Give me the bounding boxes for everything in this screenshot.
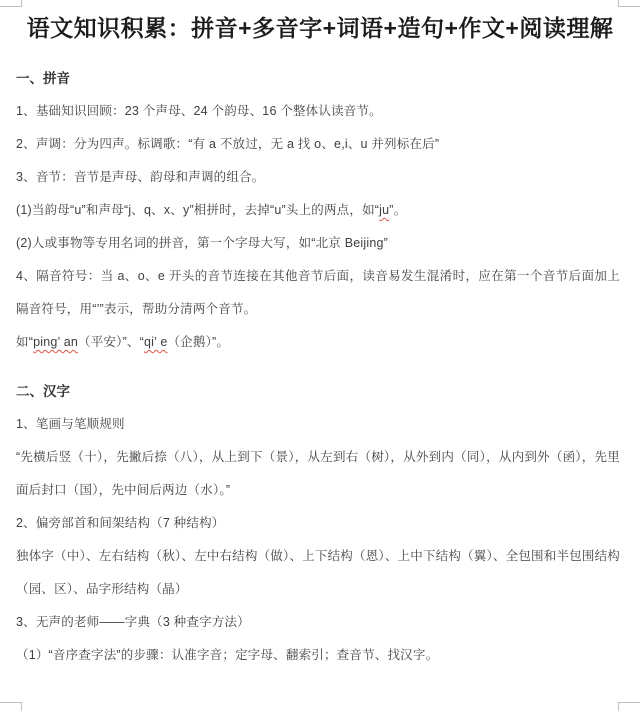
paragraph-text: 1、基础知识回顾：23 个声母、24 个韵母、16 个整体认读音节。 (16, 104, 382, 118)
spellcheck-underlined-text: ping’ an (33, 335, 78, 349)
paragraph: 2、偏旁部首和间架结构（7 种结构） (0, 507, 640, 540)
paragraph: 3、音节：音节是声母、韵母和声调的组合。 (0, 161, 640, 194)
paragraph-text: 3、无声的老师——字典（3 种查字方法） (16, 615, 250, 629)
paragraph-text: 4、隔音符号：当 a、o、e 开头的音节连接在其他音节后面，读音易发生混淆时，应… (16, 269, 620, 316)
section-pinyin-paragraphs: 1、基础知识回顾：23 个声母、24 个韵母、16 个整体认读音节。2、声调：分… (0, 95, 640, 359)
paragraph: 1、基础知识回顾：23 个声母、24 个韵母、16 个整体认读音节。 (0, 95, 640, 128)
paragraph-text: 如“ (16, 335, 33, 349)
paragraph-text: (2)人或事物等专用名词的拼音，第一个字母大写，如“北京 Beijing” (16, 236, 388, 250)
paragraph-text: 独体字（中）、左右结构（秋）、左中右结构（做）、上下结构（恩）、上中下结构（翼）… (16, 549, 620, 596)
document-page: 语文知识积累：拼音+多音字+词语+造句+作文+阅读理解 一、拼音 1、基础知识回… (0, 0, 640, 711)
paragraph: 独体字（中）、左右结构（秋）、左中右结构（做）、上下结构（恩）、上中下结构（翼）… (0, 540, 640, 606)
section-hanzi-paragraphs: 1、笔画与笔顺规则“先横后竖（十），先撇后捺（八），从上到下（景），从左到右（树… (0, 408, 640, 672)
page-margin-mark-bottom-left (0, 702, 22, 711)
page-margin-mark-top-right (618, 0, 640, 7)
paragraph-text: 3、音节：音节是声母、韵母和声调的组合。 (16, 170, 264, 184)
paragraph: 如“ping’ an（平安）”、“qi’ e（企鹅）”。 (0, 326, 640, 359)
paragraph-text: （1）“音序查字法”的步骤：认准字音；定字母、翻索引；查音节、找汉字。 (16, 648, 438, 662)
paragraph-text: 1、笔画与笔顺规则 (16, 417, 125, 431)
paragraph: 1、笔画与笔顺规则 (0, 408, 640, 441)
paragraph: 3、无声的老师——字典（3 种查字方法） (0, 606, 640, 639)
section-heading-hanzi: 二、汉字 (0, 375, 640, 408)
spellcheck-underlined-text: ju (379, 203, 389, 217)
page-margin-mark-top-left (0, 0, 22, 7)
paragraph-text: ”。 (389, 203, 406, 217)
paragraph: “先横后竖（十），先撇后捺（八），从上到下（景），从左到右（树），从外到内（同）… (0, 441, 640, 507)
paragraph: 4、隔音符号：当 a、o、e 开头的音节连接在其他音节后面，读音易发生混淆时，应… (0, 260, 640, 326)
page-margin-mark-bottom-right (618, 702, 640, 711)
section-hanzi: 二、汉字 1、笔画与笔顺规则“先横后竖（十），先撇后捺（八），从上到下（景），从… (0, 375, 640, 672)
paragraph-text: （企鹅）”。 (167, 335, 229, 349)
spellcheck-underlined-text: qi’ e (144, 335, 167, 349)
paragraph-text: “先横后竖（十），先撇后捺（八），从上到下（景），从左到右（树），从外到内（同）… (16, 450, 620, 497)
document-title: 语文知识积累：拼音+多音字+词语+造句+作文+阅读理解 (0, 0, 640, 44)
paragraph: (1)当韵母“u”和声母“j、q、x、y”相拼时，去掉“u”头上的两点，如“ju… (0, 194, 640, 227)
paragraph-text: (1)当韵母“u”和声母“j、q、x、y”相拼时，去掉“u”头上的两点，如“ (16, 203, 379, 217)
paragraph: 2、声调：分为四声。标调歌：“有 a 不放过，无 a 找 o、e,i、u 并列标… (0, 128, 640, 161)
paragraph: (2)人或事物等专用名词的拼音，第一个字母大写，如“北京 Beijing” (0, 227, 640, 260)
paragraph: （1）“音序查字法”的步骤：认准字音；定字母、翻索引；查音节、找汉字。 (0, 639, 640, 672)
section-pinyin: 一、拼音 1、基础知识回顾：23 个声母、24 个韵母、16 个整体认读音节。2… (0, 62, 640, 359)
section-heading-pinyin: 一、拼音 (0, 62, 640, 95)
paragraph-text: （平安）”、“ (78, 335, 144, 349)
paragraph-text: 2、声调：分为四声。标调歌：“有 a 不放过，无 a 找 o、e,i、u 并列标… (16, 137, 439, 151)
paragraph-text: 2、偏旁部首和间架结构（7 种结构） (16, 516, 224, 530)
